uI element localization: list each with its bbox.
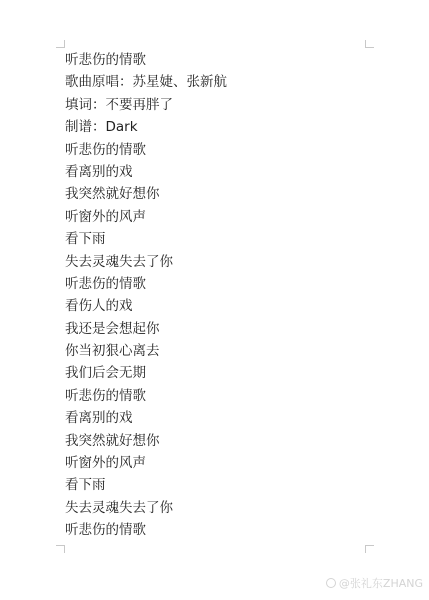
lyricist-line: 填词：不要再胖了 <box>65 94 227 116</box>
lyric-line: 看下雨 <box>65 228 227 250</box>
lyric-line: 听窗外的风声 <box>65 452 227 474</box>
lyric-line: 听悲伤的情歌 <box>65 139 227 161</box>
margin-corner-bottom-right <box>365 545 374 553</box>
lyric-line: 看离别的戏 <box>65 161 227 183</box>
document-page: 听悲伤的情歌 歌曲原唱：苏星婕、张新航 填词：不要再胖了 制谱：Dark 听悲伤… <box>0 0 429 600</box>
lyric-line: 听悲伤的情歌 <box>65 385 227 407</box>
watermark: @张礼东ZHANG <box>326 575 423 591</box>
watermark-text: @张礼东ZHANG <box>339 575 423 591</box>
score-arranger-line: 制谱：Dark <box>65 116 227 138</box>
original-singer-line: 歌曲原唱：苏星婕、张新航 <box>65 71 227 93</box>
lyric-line: 看离别的戏 <box>65 407 227 429</box>
lyric-line: 看伤人的戏 <box>65 295 227 317</box>
lyric-line: 看下雨 <box>65 474 227 496</box>
song-title-line: 听悲伤的情歌 <box>65 49 227 71</box>
lyrics-text: 听悲伤的情歌 歌曲原唱：苏星婕、张新航 填词：不要再胖了 制谱：Dark 听悲伤… <box>65 49 227 542</box>
margin-corner-top-left <box>56 40 65 48</box>
lyric-line: 我突然就好想你 <box>65 183 227 205</box>
lyric-line: 听悲伤的情歌 <box>65 273 227 295</box>
lyric-line: 听悲伤的情歌 <box>65 519 227 541</box>
platform-logo-icon <box>326 578 336 588</box>
lyric-line: 你当初狠心离去 <box>65 340 227 362</box>
margin-corner-bottom-left <box>56 545 65 553</box>
lyric-line: 我还是会想起你 <box>65 318 227 340</box>
lyric-line: 我们后会无期 <box>65 362 227 384</box>
lyric-line: 失去灵魂失去了你 <box>65 251 227 273</box>
lyric-line: 我突然就好想你 <box>65 430 227 452</box>
margin-corner-top-right <box>365 40 374 48</box>
lyric-line: 失去灵魂失去了你 <box>65 497 227 519</box>
lyric-line: 听窗外的风声 <box>65 206 227 228</box>
